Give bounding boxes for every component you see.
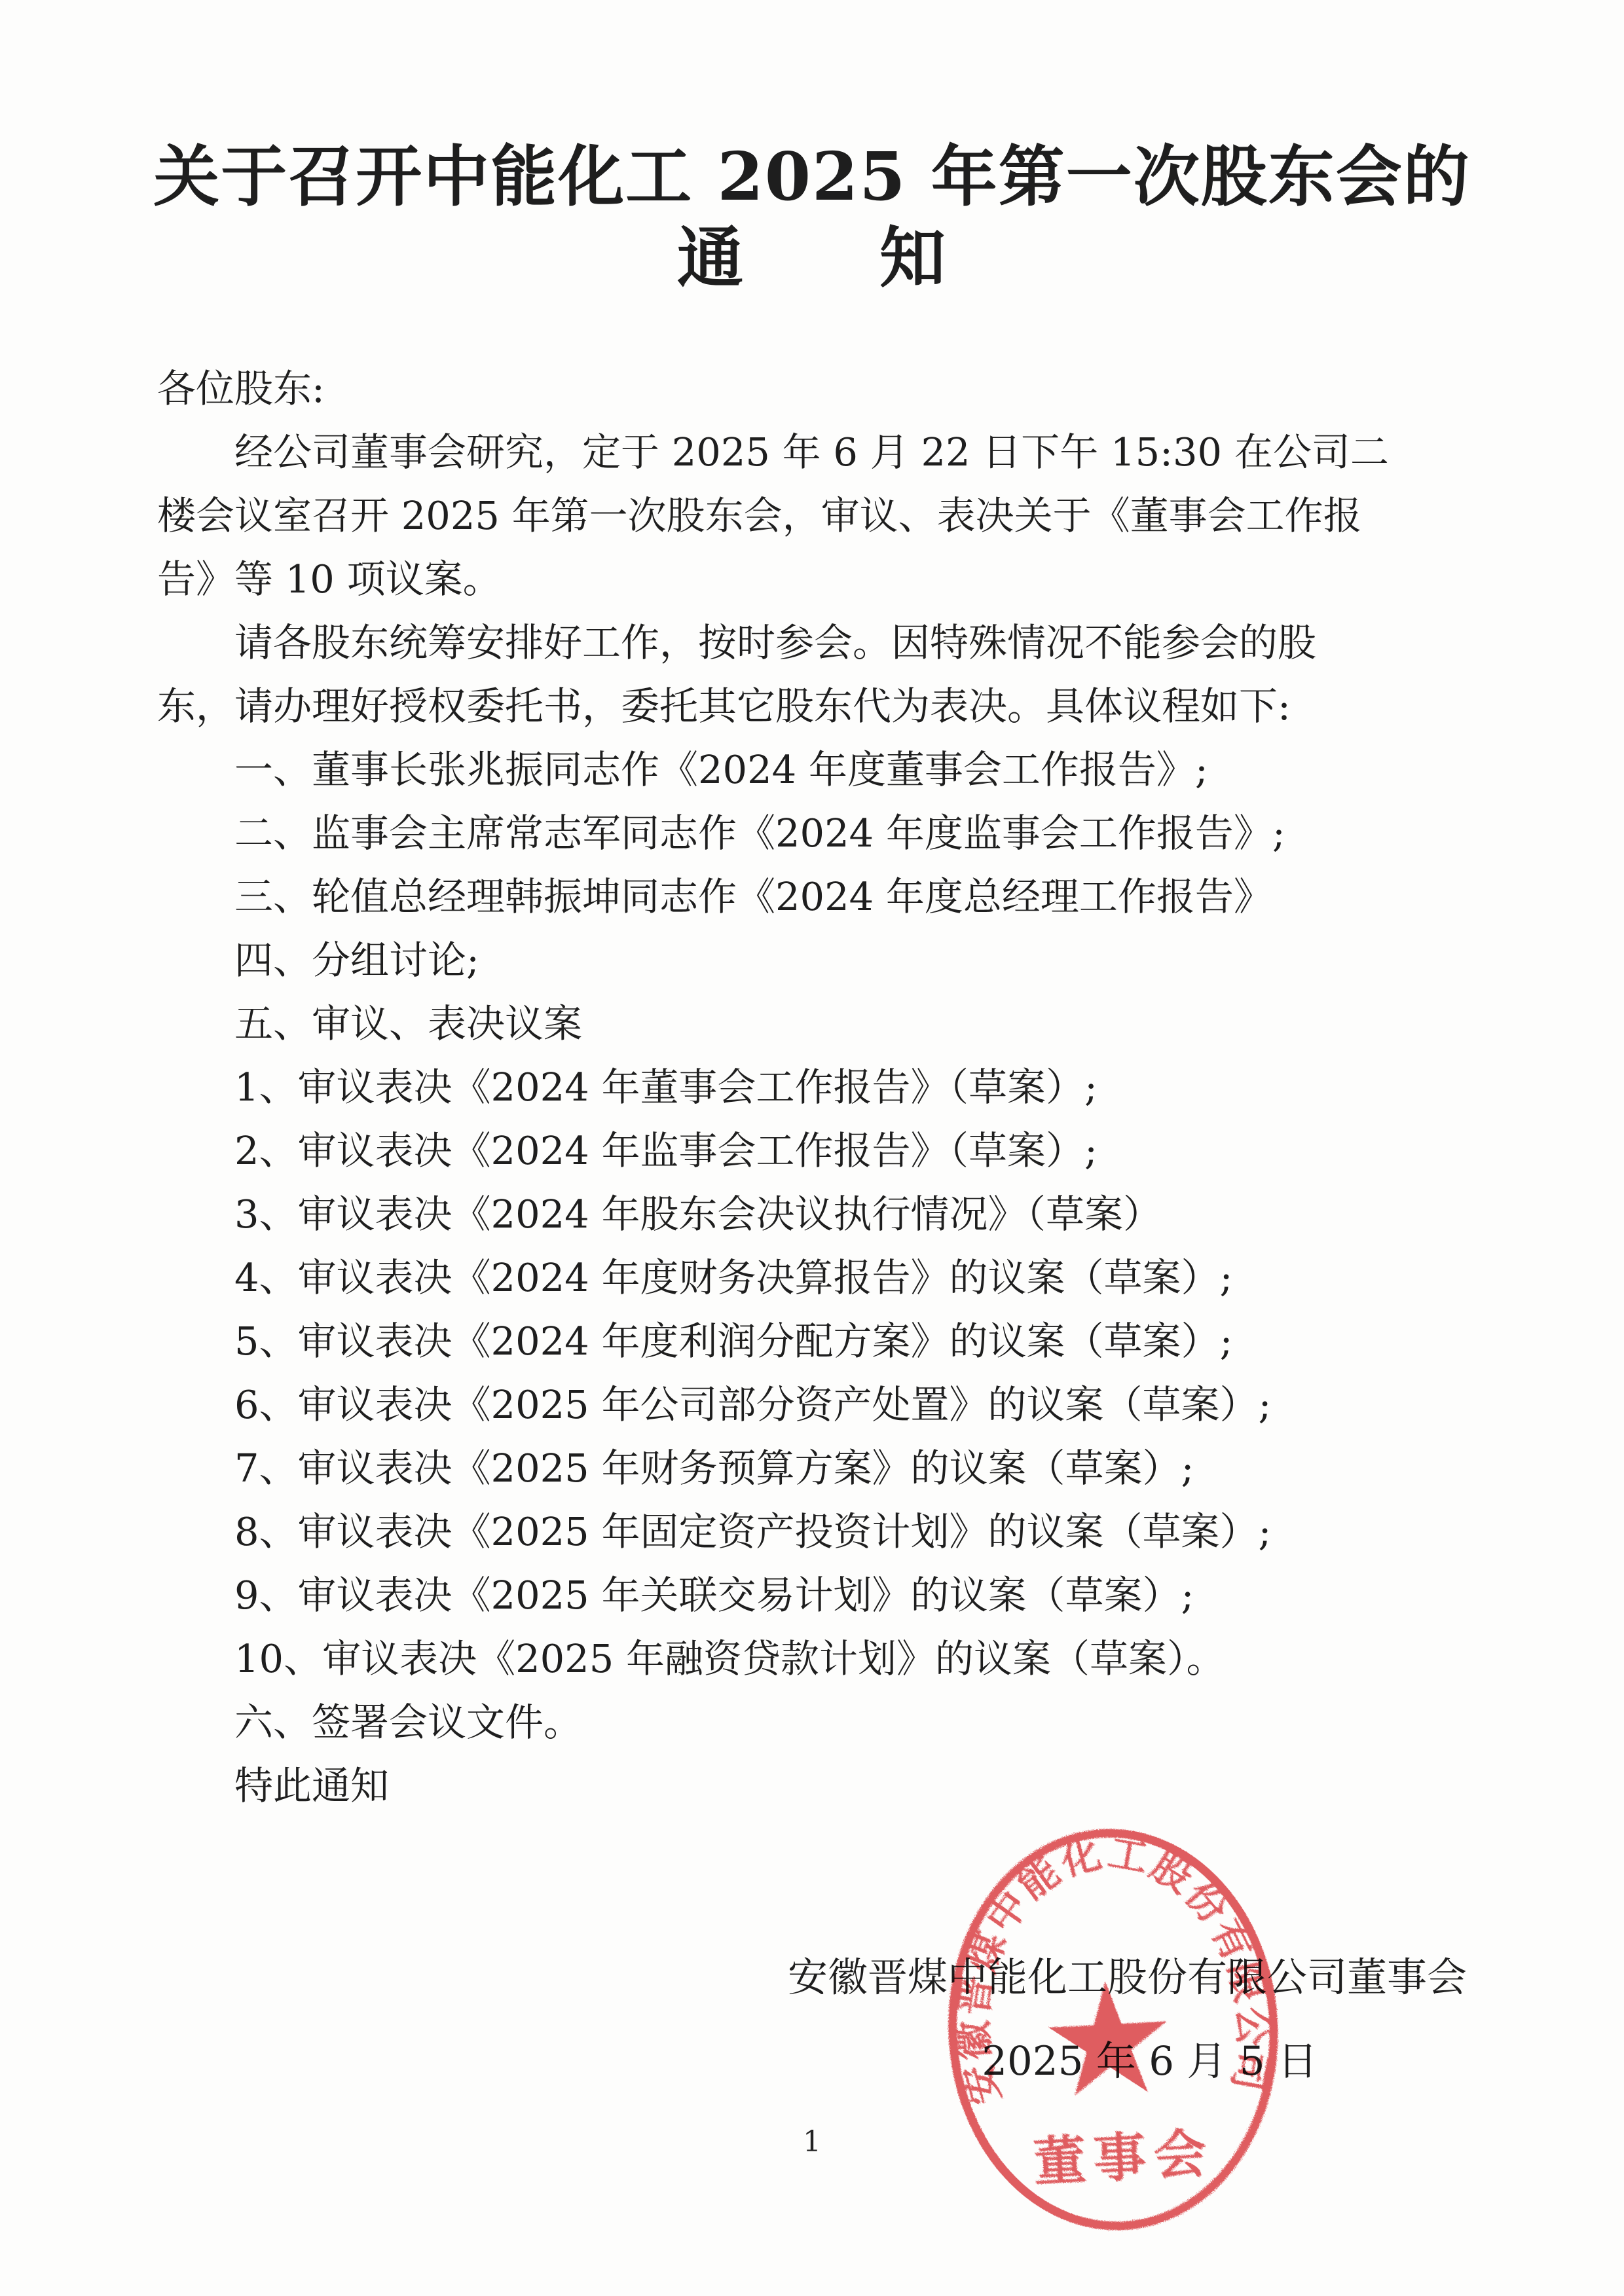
document-title: 关于召开中能化工 2025 年第一次股东会的 通 知 xyxy=(0,136,1624,299)
title-line-2: 通 知 xyxy=(0,217,1624,299)
document-body: 各位股东:经公司董事会研究，定于 2025 年 6 月 22 日下午 15:30… xyxy=(157,357,1480,1817)
text-line: 四、分组讨论; xyxy=(157,928,1480,992)
text-line: 一、董事长张兆振同志作《2024 年度董事会工作报告》; xyxy=(157,738,1480,801)
seal-arc-text: 安徽晋煤中能化工股份有限公司 xyxy=(941,1821,1279,2113)
text-line: 5、审议表决《2024 年度利润分配方案》的议案（草案）; xyxy=(157,1309,1480,1373)
text-line: 3、审议表决《2024 年股东会决议执行情况》（草案） xyxy=(157,1182,1480,1246)
text-line: 请各股东统筹安排好工作，按时参会。因特殊情况不能参会的股 xyxy=(157,611,1480,674)
text-line: 告》等 10 项议案。 xyxy=(157,547,1480,611)
text-line: 10、审议表决《2025 年融资贷款计划》的议案（草案）。 xyxy=(157,1627,1480,1690)
text-line: 六、签署会议文件。 xyxy=(157,1690,1480,1754)
text-line: 五、审议、表决议案 xyxy=(157,992,1480,1055)
text-line: 9、审议表决《2025 年关联交易计划》的议案（草案）; xyxy=(157,1563,1480,1627)
text-line: 三、轮值总经理韩振坤同志作《2024 年度总经理工作报告》 xyxy=(157,865,1480,928)
text-line: 楼会议室召开 2025 年第一次股东会，审议、表决关于《董事会工作报 xyxy=(157,484,1480,547)
text-line: 经公司董事会研究，定于 2025 年 6 月 22 日下午 15:30 在公司二 xyxy=(157,420,1480,484)
company-seal-stamp: 安徽晋煤中能化工股份有限公司 董事会 xyxy=(932,1817,1294,2246)
text-line: 特此通知 xyxy=(157,1754,1480,1817)
text-line: 1、审议表决《2024 年董事会工作报告》（草案）; xyxy=(157,1055,1480,1119)
text-line: 东，请办理好授权委托书，委托其它股东代为表决。具体议程如下: xyxy=(157,674,1480,738)
text-line: 2、审议表决《2024 年监事会工作报告》（草案）; xyxy=(157,1119,1480,1182)
text-line: 8、审议表决《2025 年固定资产投资计划》的议案（草案）; xyxy=(157,1500,1480,1563)
seal-bottom-text: 董事会 xyxy=(1032,2122,1216,2193)
title-line-1: 关于召开中能化工 2025 年第一次股东会的 xyxy=(0,136,1624,217)
seal-star-icon xyxy=(1046,1978,1171,2097)
text-line: 4、审议表决《2024 年度财务决算报告》的议案（草案）; xyxy=(157,1246,1480,1309)
text-line: 6、审议表决《2025 年公司部分资产处置》的议案（草案）; xyxy=(157,1373,1480,1436)
notice-document-page: 关于召开中能化工 2025 年第一次股东会的 通 知 各位股东:经公司董事会研究… xyxy=(0,0,1624,2296)
page-number: 1 xyxy=(0,2125,1624,2159)
text-line: 7、审议表决《2025 年财务预算方案》的议案（草案）; xyxy=(157,1436,1480,1500)
text-line: 二、监事会主席常志军同志作《2024 年度监事会工作报告》; xyxy=(157,801,1480,865)
text-line: 各位股东: xyxy=(157,357,1480,420)
